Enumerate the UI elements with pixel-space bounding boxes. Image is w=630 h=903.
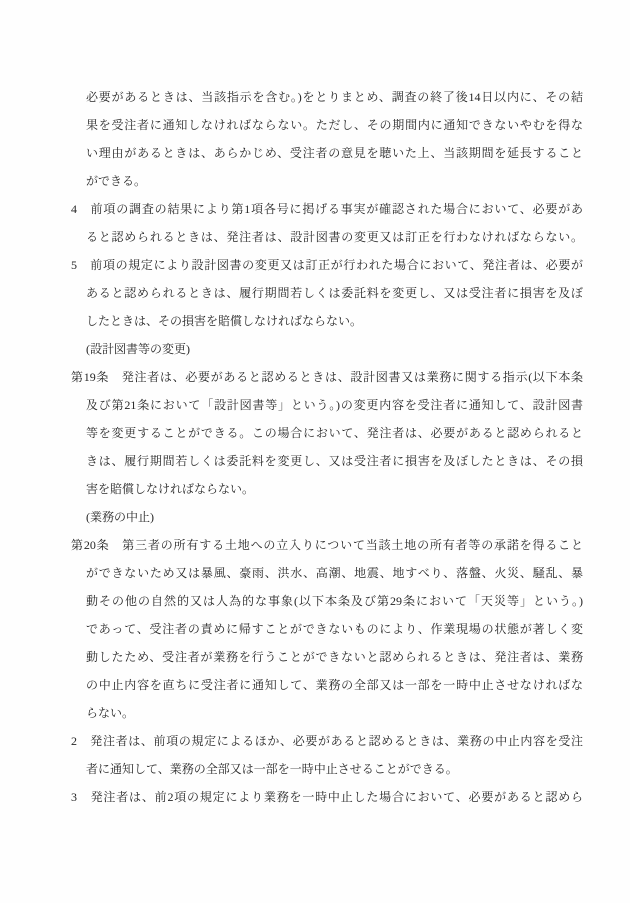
text-line: ができないため又は暴風、豪雨、洪水、高潮、地震、地すべり、落盤、火災、騒乱、暴 <box>71 559 583 587</box>
text-line: であって、受注者の責めに帰すことができないものにより、作業現場の状態が著しく変 <box>71 615 583 643</box>
text-line: ると認められるときは、発注者は、設計図書の変更又は訂正を行わなければならない。 <box>71 223 583 251</box>
article-line: 第20条 第三者の所有する土地への立入りについて当該土地の所有者等の承諾を得るこ… <box>71 531 583 559</box>
text-line: 動その他の自然的又は人為的な事象(以下本条及び第29条において「天災等」という。… <box>71 587 583 615</box>
text-line: あると認められるときは、履行期間若しくは委託料を変更し、又は受注者に損害を及ぼ <box>71 279 583 307</box>
section-heading-line: (業務の中止) <box>71 503 583 531</box>
paragraph-end-line: 害を賠償しなければならない。 <box>71 475 583 503</box>
section-heading-line: (設計図書等の変更) <box>71 335 583 363</box>
document-page: 必要があるときは、当該指示を含む。)をとりまとめ、調査の終了後14日以内に、その… <box>0 0 630 903</box>
paragraph-end-line: ができる。 <box>71 167 583 195</box>
text-line: 果を受注者に通知しなければならない。ただし、その期間内に通知できないやむを得な <box>71 111 583 139</box>
text-line: 等を変更することができる。この場合において、発注者は、必要があると認められると <box>71 419 583 447</box>
article-line: 第19条 発注者は、必要があると認めるときは、設計図書又は業務に関する指示(以下… <box>71 363 583 391</box>
text-line: 動したため、受注者が業務を行うことができないと認められるときは、発注者は、業務 <box>71 643 583 671</box>
document-text-block: 必要があるときは、当該指示を含む。)をとりまとめ、調査の終了後14日以内に、その… <box>71 83 583 811</box>
numbered-clause-line: 3 発注者は、前2項の規定により業務を一時中止した場合において、必要があると認め… <box>71 783 583 811</box>
text-line: の中止内容を直ちに受注者に通知して、業務の全部又は一部を一時中止させなければな <box>71 671 583 699</box>
text-line: い理由があるときは、あらかじめ、受注者の意見を聴いた上、当該期間を延長すること <box>71 139 583 167</box>
paragraph-end-line: したときは、その損害を賠償しなければならない。 <box>71 307 583 335</box>
numbered-clause-line: 4 前項の調査の結果により第1項各号に掲げる事実が確認された場合において、必要が… <box>71 195 583 223</box>
text-line: 必要があるときは、当該指示を含む。)をとりまとめ、調査の終了後14日以内に、その… <box>71 83 583 111</box>
numbered-clause-line: 5 前項の規定により設計図書の変更又は訂正が行われた場合において、発注者は、必要… <box>71 251 583 279</box>
paragraph-end-line: らない。 <box>71 699 583 727</box>
numbered-clause-line: 2 発注者は、前項の規定によるほか、必要があると認めるときは、業務の中止内容を受… <box>71 727 583 755</box>
paragraph-end-line: 者に通知して、業務の全部又は一部を一時中止させることができる。 <box>71 755 583 783</box>
text-line: 及び第21条において「設計図書等」という。)の変更内容を受注者に通知して、設計図… <box>71 391 583 419</box>
text-line: きは、履行期間若しくは委託料を変更し、又は受注者に損害を及ぼしたときは、その損 <box>71 447 583 475</box>
